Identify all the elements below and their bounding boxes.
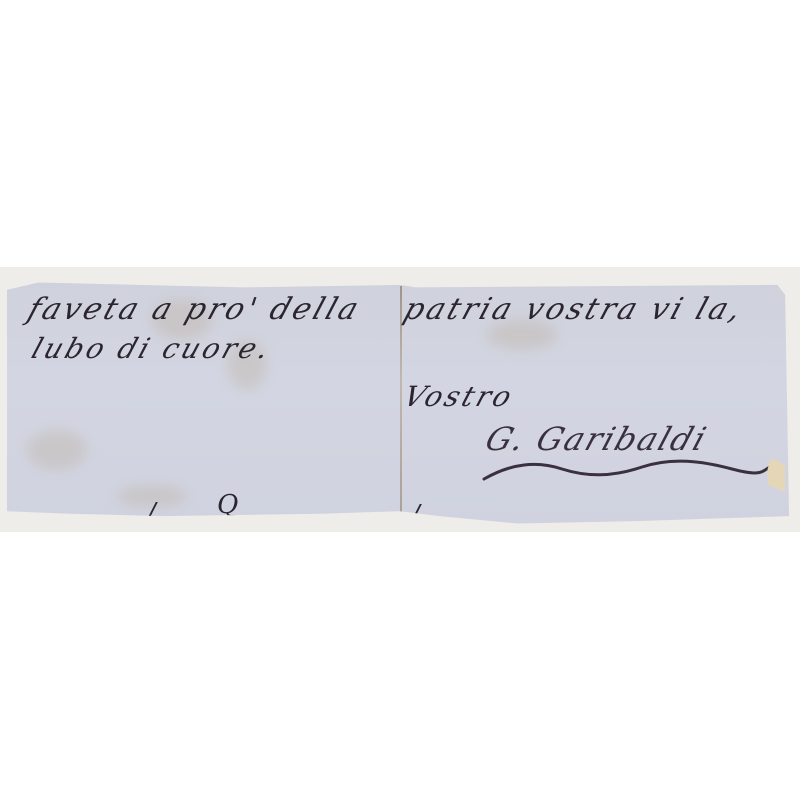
letter-fragment: faveta a pro' della patria vostra vi la,… [7, 280, 793, 526]
closing-text: Vostro [400, 380, 519, 413]
signature: G. Garibaldi [481, 420, 713, 458]
text-line-1-right: patria vostra vi la, [399, 292, 748, 327]
text-line-2: lubo di cuore. [28, 332, 277, 365]
paper-tear [767, 458, 785, 492]
stain [27, 430, 87, 470]
signature-flourish-icon [482, 455, 772, 485]
text-line-1-left: faveta a pro' della [23, 292, 365, 327]
